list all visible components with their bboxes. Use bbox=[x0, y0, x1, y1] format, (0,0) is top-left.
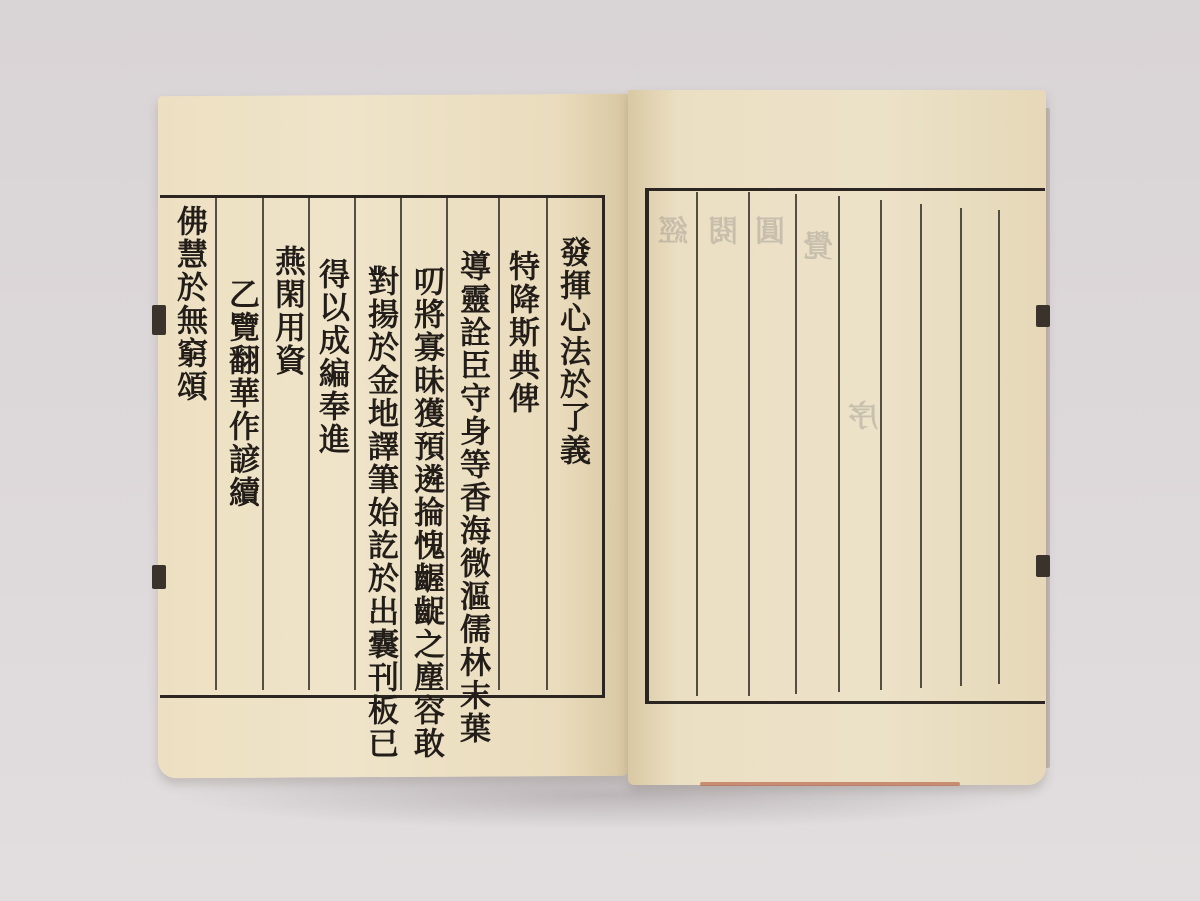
column-rule bbox=[998, 210, 1000, 684]
column-rule bbox=[262, 198, 264, 690]
column-rule bbox=[446, 198, 448, 690]
book-photo-scene: 發揮心法於了義 特降斯典俾 導靈詮臣守身等香海微漚儒林末葉 叨將寡昧獲預遴掄愧齷… bbox=[0, 0, 1200, 901]
fold-fishtail-mark bbox=[152, 565, 166, 589]
column-rule bbox=[920, 204, 922, 688]
text-column: 叨將寡昧獲預遴掄愧齷齪之塵容敢 bbox=[407, 265, 445, 760]
column-rule bbox=[400, 198, 402, 690]
column-rule bbox=[696, 192, 698, 696]
show-through-text: 圓 bbox=[752, 215, 796, 249]
column-rule bbox=[354, 198, 356, 690]
show-through-text: 閱 bbox=[705, 215, 749, 249]
column-rule bbox=[960, 208, 962, 686]
text-column: 對揚於金地譯筆始訖於出囊刊板已 bbox=[361, 265, 399, 760]
show-through-text: 經 bbox=[655, 215, 699, 249]
fold-fishtail-mark bbox=[152, 305, 166, 335]
fold-fishtail-mark bbox=[1036, 555, 1050, 577]
text-column: 佛慧於無窮頌 bbox=[170, 205, 208, 403]
text-column: 得以成編奉進 bbox=[312, 258, 350, 456]
fold-fishtail-mark bbox=[1036, 305, 1050, 327]
text-column: 燕閑用資 bbox=[268, 245, 306, 377]
text-column: 特降斯典俾 bbox=[502, 250, 540, 415]
column-rule bbox=[838, 196, 840, 692]
column-rule bbox=[880, 200, 882, 690]
column-rule bbox=[215, 198, 217, 690]
page-edge-red-stain bbox=[700, 782, 960, 786]
column-rule bbox=[498, 198, 500, 690]
text-column: 導靈詮臣守身等香海微漚儒林末葉 bbox=[453, 250, 491, 745]
text-column: 乙覽翻華作諺續 bbox=[222, 278, 260, 509]
column-rule bbox=[748, 192, 750, 696]
text-column: 發揮心法於了義 bbox=[553, 236, 591, 467]
column-rule bbox=[308, 198, 310, 690]
column-rule bbox=[546, 198, 548, 690]
column-rule bbox=[795, 194, 797, 694]
show-through-text: 覺 bbox=[800, 230, 844, 264]
right-page-print-frame bbox=[645, 188, 1045, 704]
show-through-text: 序 bbox=[845, 400, 889, 434]
